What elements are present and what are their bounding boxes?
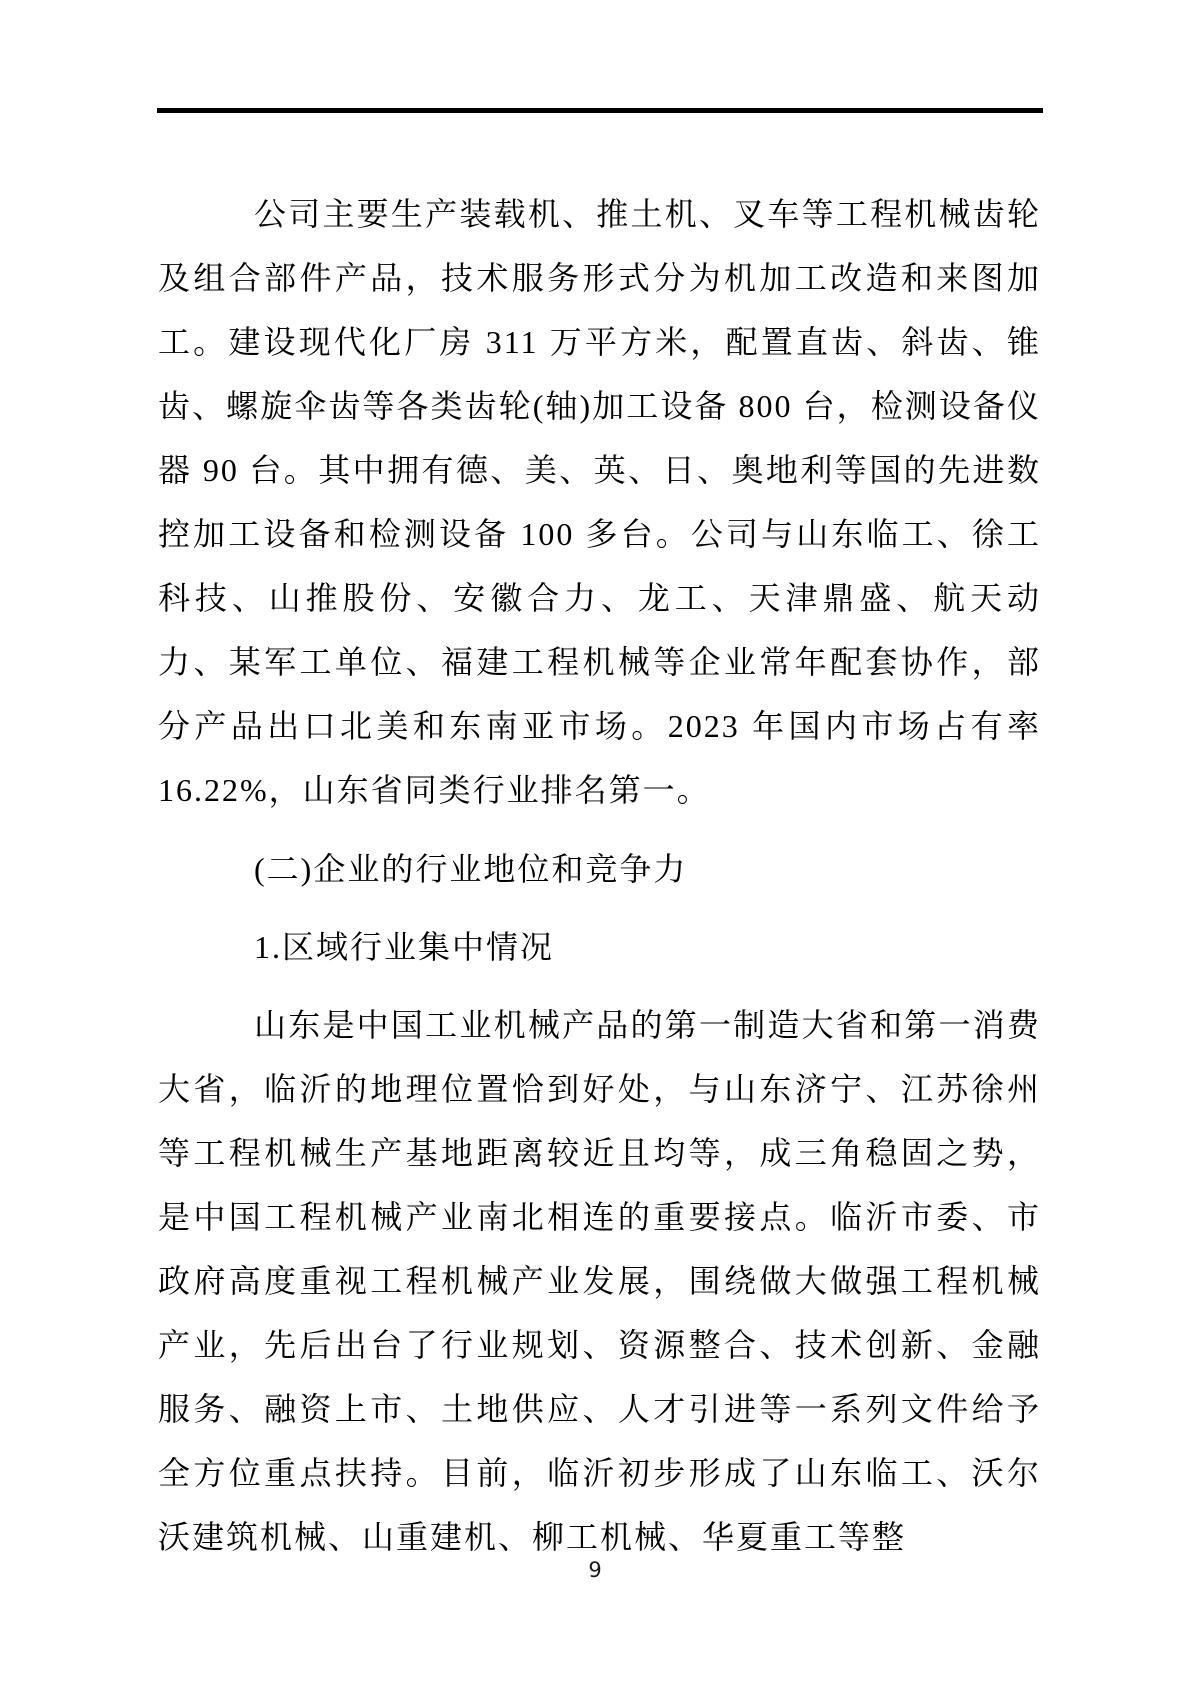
paragraph-company-overview: 公司主要生产装载机、推土机、叉车等工程机械齿轮及组合部件产品，技术服务形式分为机…	[158, 182, 1041, 822]
document-body: 公司主要生产装载机、推土机、叉车等工程机械齿轮及组合部件产品，技术服务形式分为机…	[158, 182, 1041, 1569]
subsection-heading-regional-concentration: 1.区域行业集中情况	[158, 915, 1041, 979]
section-heading-industry-position: (二)企业的行业地位和竞争力	[158, 837, 1041, 901]
page-footer: 9	[0, 1558, 1190, 1582]
document-page: 公司主要生产装载机、推土机、叉车等工程机械齿轮及组合部件产品，技术服务形式分为机…	[0, 0, 1190, 1683]
paragraph-regional-industry: 山东是中国工业机械产品的第一制造大省和第一消费大省，临沂的地理位置恰到好处，与山…	[158, 993, 1041, 1569]
page-number: 9	[588, 1558, 601, 1582]
header-rule	[157, 108, 1043, 113]
